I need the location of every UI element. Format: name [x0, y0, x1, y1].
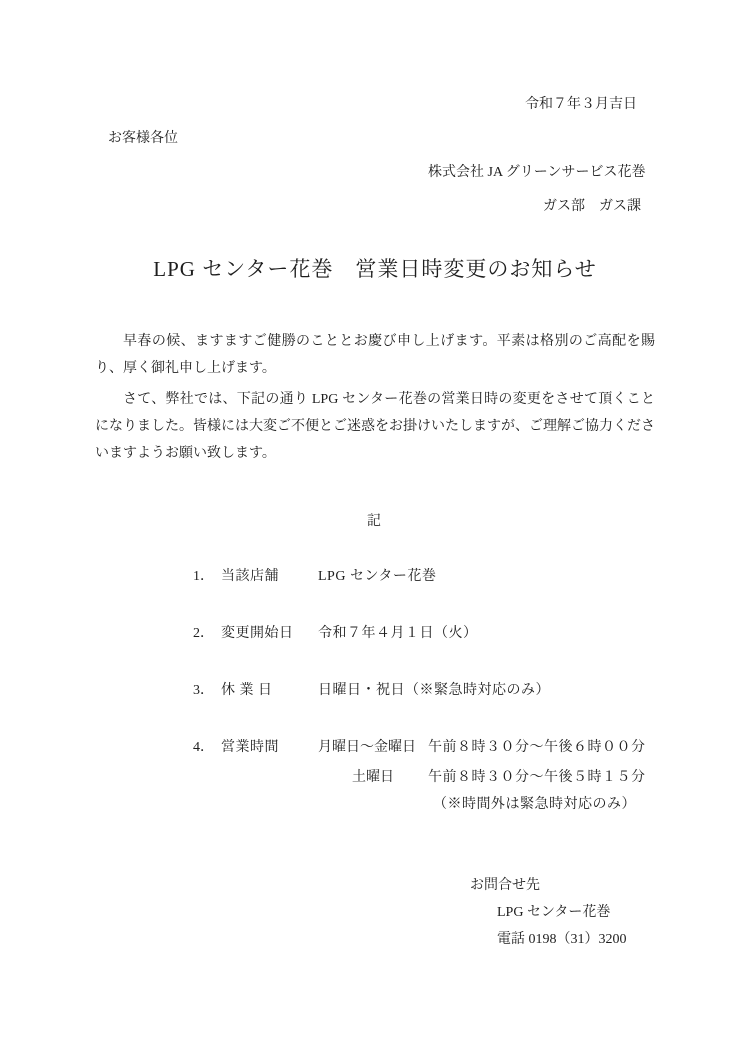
document-page: 令和７年３月吉日 お客様各位 株式会社 JA グリーンサービス花巻 ガス部 ガス… — [0, 0, 750, 1061]
item-label: 変更開始日 — [221, 622, 294, 645]
item-number: 1． — [193, 565, 221, 588]
schedule-row-weekday: 月曜日～金曜日 午前８時３０分～午後６時００分 — [318, 736, 646, 759]
ki-marker: 記 — [0, 510, 750, 530]
item-label: 営業時間 — [221, 736, 279, 816]
body-text: 早春の候、ますますご健勝のこととお慶び申し上げます。平素は格別のご高配を賜り、厚… — [95, 328, 655, 467]
recipient-line: お客様各位 — [108, 127, 178, 147]
contact-heading: お問合せ先 — [470, 872, 627, 899]
item-label: 休 業 日 — [221, 679, 273, 702]
schedule-day: 月曜日～金曜日 — [318, 736, 428, 759]
greeting-paragraph: 早春の候、ますますご健勝のこととお慶び申し上げます。平素は格別のご高配を賜り、厚… — [95, 328, 655, 382]
contact-phone: 電話 0198（31）3200 — [470, 926, 627, 953]
schedule-time: 午前８時３０分～午後６時００分 — [428, 736, 646, 759]
item-number: 3． — [193, 679, 221, 702]
item-value: 日曜日・祝日（※緊急時対応のみ） — [318, 679, 550, 702]
contact-block: お問合せ先 LPG センター花巻 電話 0198（31）3200 — [470, 872, 627, 953]
schedule-note: （※時間外は緊急時対応のみ） — [318, 793, 646, 816]
schedule-row-saturday: 土曜日 午前８時３０分～午後５時１５分 — [318, 766, 646, 789]
item-label: 当該店舗 — [221, 565, 279, 588]
item-number: 2． — [193, 622, 221, 645]
notice-items: 1． 当該店舗 LPG センター花巻 2． 変更開始日 令和７年４月１日（火） … — [193, 565, 646, 850]
item-value: 令和７年４月１日（火） — [318, 622, 478, 645]
list-item-store: 1． 当該店舗 LPG センター花巻 — [193, 565, 646, 588]
schedule-day: 土曜日 — [318, 766, 428, 789]
date-line: 令和７年３月吉日 — [525, 93, 637, 113]
document-title: LPG センター花巻 営業日時変更のお知らせ — [0, 253, 750, 283]
item-value: LPG センター花巻 — [318, 565, 436, 588]
main-paragraph: さて、弊社では、下記の通り LPG センター花巻の営業日時の変更をさせて頂くこと… — [95, 386, 655, 467]
list-item-closed-days: 3． 休 業 日 日曜日・祝日（※緊急時対応のみ） — [193, 679, 646, 702]
schedule-time: 午前８時３０分～午後５時１５分 — [428, 766, 646, 789]
hours-schedule: 月曜日～金曜日 午前８時３０分～午後６時００分 土曜日 午前８時３０分～午後５時… — [318, 736, 646, 816]
company-name: 株式会社 JA グリーンサービス花巻 — [428, 161, 646, 181]
contact-name: LPG センター花巻 — [470, 899, 627, 926]
list-item-business-hours: 4． 営業時間 月曜日～金曜日 午前８時３０分～午後６時００分 土曜日 午前８時… — [193, 736, 646, 816]
department-line: ガス部 ガス課 — [543, 195, 641, 215]
list-item-start-date: 2． 変更開始日 令和７年４月１日（火） — [193, 622, 646, 645]
item-number: 4． — [193, 736, 221, 816]
